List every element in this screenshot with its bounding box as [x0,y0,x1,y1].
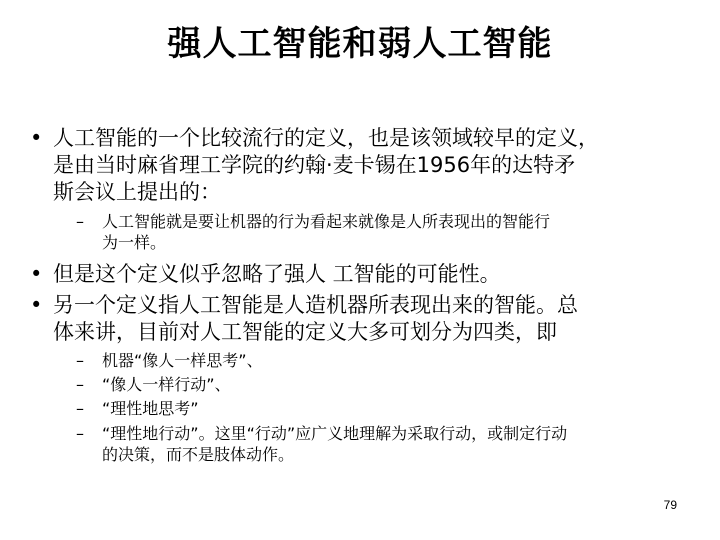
bullet-line: 但是这个定义似乎忽略了强人 工智能的可能性。 [53,261,501,288]
dash-marker: – [76,211,96,232]
slide-title: 强人工智能和弱人工智能 [0,22,720,66]
bullet-marker: • [30,292,52,319]
dash-marker: – [76,374,96,395]
sub-bullet-line: 的决策，而不是肢体动作。 [102,444,567,465]
sub-bullet-line: “像人一样行动”、 [102,374,231,395]
sub-bullet-line: “理性地行动”。这里“行动”应广义地理解为采取行动，或制定行动 [102,423,567,444]
dash-marker: – [76,350,96,371]
sub-bullet-item: – 机器“像人一样思考”、 [76,350,263,371]
sub-bullet-line: “理性地思考” [102,398,199,419]
sub-bullet-item: – “像人一样行动”、 [76,374,231,395]
bullet-line: 斯会议上提出的： [53,179,599,206]
bullet-line: 人工智能的一个比较流行的定义，也是该领域较早的定义， [53,125,599,152]
sub-bullet-item: – “理性地思考” [76,398,199,419]
bullet-line: 另一个定义指人工智能是人造机器所表现出来的智能。总 [53,292,578,319]
sub-bullet-item: – 人工智能就是要让机器的行为看起来就像是人所表现出的智能行 为一样。 [76,211,550,253]
sub-bullet-line: 为一样。 [102,232,550,253]
dash-marker: – [76,398,96,419]
bullet-marker: • [30,261,52,288]
bullet-line: 是由当时麻省理工学院的约翰·麦卡锡在1956年的达特矛 [53,152,599,179]
sub-bullet-item: – “理性地行动”。这里“行动”应广义地理解为采取行动，或制定行动 的决策，而不… [76,423,567,465]
bullet-item: • 人工智能的一个比较流行的定义，也是该领域较早的定义， 是由当时麻省理工学院的… [30,125,599,206]
bullet-line: 体来讲，目前对人工智能的定义大多可划分为四类，即 [53,319,578,346]
sub-bullet-line: 机器“像人一样思考”、 [102,350,263,371]
sub-bullet-line: 人工智能就是要让机器的行为看起来就像是人所表现出的智能行 [102,211,550,232]
bullet-item: • 另一个定义指人工智能是人造机器所表现出来的智能。总 体来讲，目前对人工智能的… [30,292,578,346]
bullet-item: • 但是这个定义似乎忽略了强人 工智能的可能性。 [30,261,501,288]
page-number: 79 [664,498,677,512]
bullet-marker: • [30,125,52,152]
dash-marker: – [76,423,96,444]
